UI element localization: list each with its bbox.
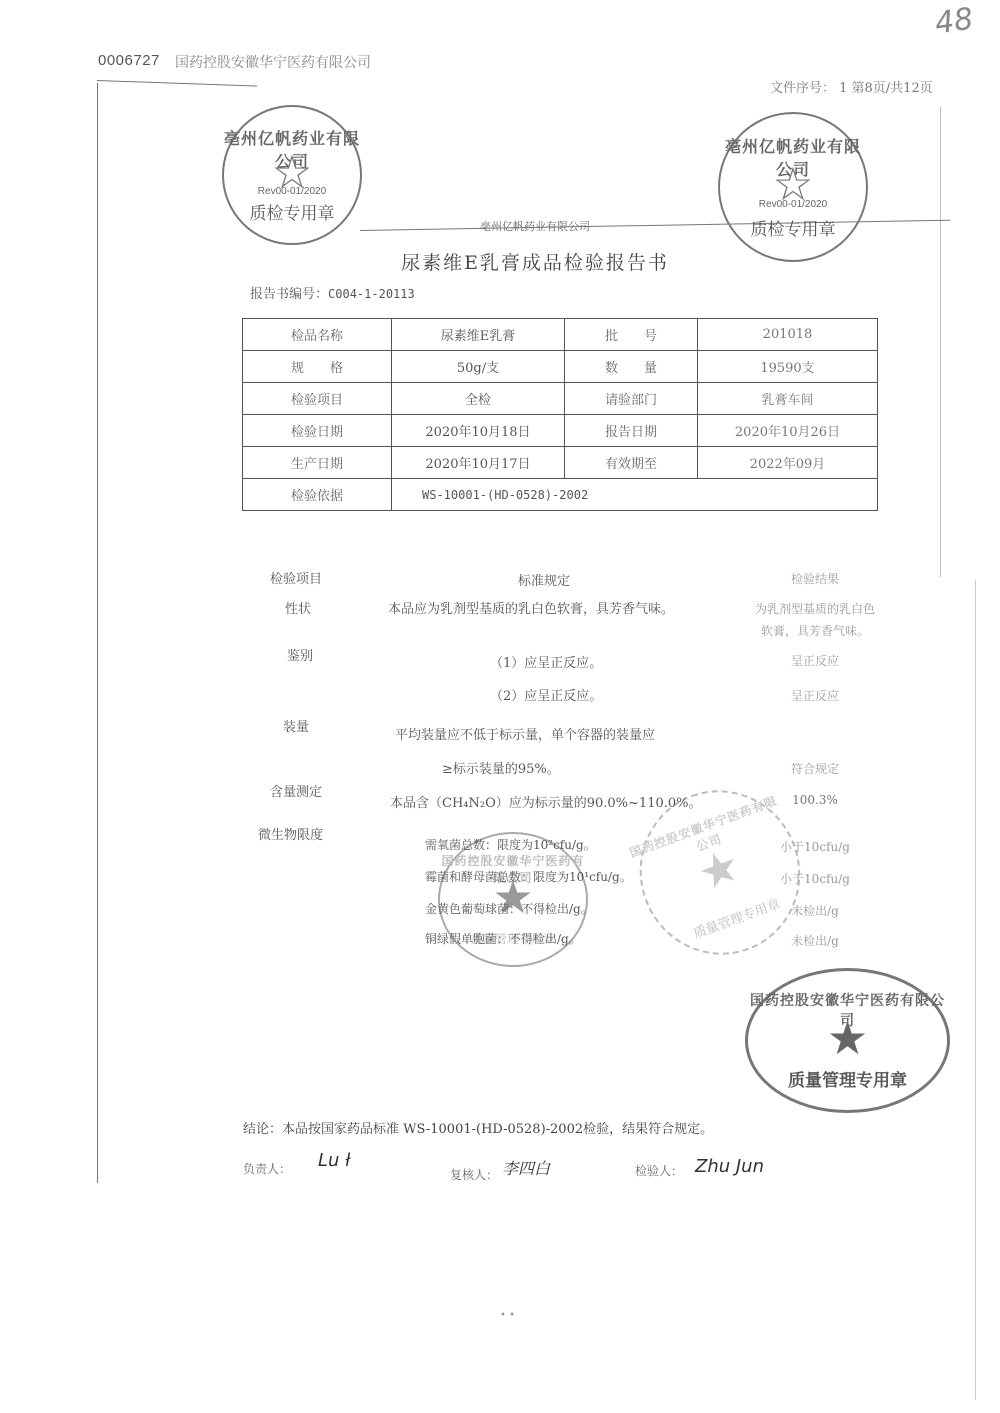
stamp-subtitle: 质量管理专用章 xyxy=(748,1066,947,1091)
item-label: 鉴别 xyxy=(287,645,313,664)
photocopy-border-top xyxy=(97,80,257,87)
report-date-label: 报告日期 xyxy=(565,415,698,447)
report-number: 报告书编号：C004-1-20113 xyxy=(250,283,415,302)
product-name-value: 尿素维E乳膏 xyxy=(392,319,565,351)
item-standard: 铜绿假单胞菌：不得检出/g。 xyxy=(425,930,581,947)
item-result: 呈正反应 xyxy=(740,687,890,704)
quantity-label: 数 量 xyxy=(565,351,698,383)
manufacturer-name: 亳州亿帆药业有限公司 xyxy=(480,218,590,234)
spec-label: 规 格 xyxy=(243,351,392,383)
table-row: 检品名称 尿素维E乳膏 批 号 201018 xyxy=(243,319,878,351)
report-title: 尿素维E乳膏成品检验报告书 xyxy=(0,248,1000,275)
item-standard: 霉菌和酵母菌总数：限度为10¹cfu/g。 xyxy=(425,868,632,885)
quantity-value: 19590支 xyxy=(698,351,878,383)
manufacture-date-value: 2020年10月17日 xyxy=(392,447,565,479)
item-result: 100.3% xyxy=(740,793,890,807)
item-result: 符合规定 xyxy=(740,760,890,777)
qc-stamp-left: 亳州亿帆药业有限公司 ☆ Rev00-01/2020 质检专用章 xyxy=(222,105,362,245)
photocopy-border-right xyxy=(940,107,941,577)
conclusion: 结论：本品按国家药品标准 WS-10001-(HD-0528)-2002检验，结… xyxy=(243,1118,713,1137)
table-row: 生产日期 2020年10月17日 有效期至 2022年09月 xyxy=(243,447,878,479)
expiry-label: 有效期至 xyxy=(565,447,698,479)
document-sequence: 文件序号： 1 第8页/共12页 xyxy=(770,77,933,96)
quality-management-stamp: 国药控股安徽华宁医药有限公司 ★ 质量管理专用章 xyxy=(745,968,950,1113)
expiry-value: 2022年09月 xyxy=(698,447,878,479)
inspector-signature: Zhu Jun xyxy=(695,1156,764,1177)
batch-label: 批 号 xyxy=(565,319,698,351)
batch-value: 201018 xyxy=(698,319,878,351)
report-number-label: 报告书编号： xyxy=(250,287,328,302)
page-edge-right xyxy=(975,580,976,1400)
item-result: 软膏，具芳香气味。 xyxy=(740,622,890,639)
table-row: 规 格 50g/支 数 量 19590支 xyxy=(243,351,878,383)
test-basis-label: 检验依据 xyxy=(243,479,392,511)
item-result: 呈正反应 xyxy=(740,652,890,669)
responsible-signature: Lu ł xyxy=(318,1150,350,1171)
product-info-table: 检品名称 尿素维E乳膏 批 号 201018 规 格 50g/支 数 量 195… xyxy=(242,318,878,511)
item-standard: 平均装量应不低于标示量，单个容器的装量应 xyxy=(395,724,655,743)
item-result: 未检出/g xyxy=(740,932,890,949)
item-standard: ≥标示装量的95%。 xyxy=(442,758,560,777)
spec-value: 50g/支 xyxy=(392,351,565,383)
item-standard: （2）应呈正反应。 xyxy=(490,685,602,704)
item-standard: 需氧菌总数：限度为10²cfu/g。 xyxy=(425,836,596,853)
item-result: 为乳剂型基质的乳白色 xyxy=(740,600,890,617)
test-date-label: 检验日期 xyxy=(243,415,392,447)
item-standard: 本品含（CH₄N₂O）应为标示量的90.0%~110.0%。 xyxy=(390,792,702,811)
qc-stamp-right: 亳州亿帆药业有限公司 ☆ Rev00-01/2020 质检专用章 xyxy=(718,112,868,262)
inspector-label: 检验人： xyxy=(635,1162,683,1179)
item-result: 小于10cfu/g xyxy=(740,870,890,887)
report-date-value: 2020年10月26日 xyxy=(698,415,878,447)
item-label: 含量测定 xyxy=(270,781,322,800)
item-result: 小于10cfu/g xyxy=(740,838,890,855)
star-icon: ★ xyxy=(827,1011,868,1065)
handwritten-page-number: 48 xyxy=(933,2,976,42)
distributor-name: 国药控股安徽华宁医药有限公司 xyxy=(175,52,371,72)
stamp-subtitle: 质检专用章 xyxy=(224,199,360,224)
test-item-value: 全检 xyxy=(392,383,565,415)
item-result: 未检出/g xyxy=(740,902,890,919)
department-value: 乳膏车间 xyxy=(698,383,878,415)
test-item-label: 检验项目 xyxy=(243,383,392,415)
item-label: 微生物限度 xyxy=(258,824,323,843)
items-header-standard: 标准规定 xyxy=(518,570,570,589)
table-row: 检验日期 2020年10月18日 报告日期 2020年10月26日 xyxy=(243,415,878,447)
item-standard: （1）应呈正反应。 xyxy=(490,652,602,671)
star-icon: ★ xyxy=(690,837,747,902)
item-label: 装量 xyxy=(283,716,309,735)
items-header-result: 检验结果 xyxy=(740,570,890,587)
test-date-value: 2020年10月18日 xyxy=(392,415,565,447)
scan-speck: • • xyxy=(500,1310,515,1321)
item-label: 性状 xyxy=(285,598,311,617)
stamp-subtitle: 质检专用章 xyxy=(720,215,866,240)
table-row: 检验依据 WS-10001-(HD-0528)-2002 xyxy=(243,479,878,511)
reviewer-signature: 李四白 xyxy=(502,1156,550,1179)
report-number-value: C004-1-20113 xyxy=(328,287,415,301)
item-standard: 本品应为乳剂型基质的乳白色软膏，具芳香气味。 xyxy=(388,598,674,617)
reviewer-label: 复核人： xyxy=(450,1166,498,1183)
product-name-label: 检品名称 xyxy=(243,319,392,351)
department-label: 请验部门 xyxy=(565,383,698,415)
stamp-code: Rev00-01/2020 xyxy=(720,199,866,210)
document-id: 0006727 xyxy=(98,52,160,69)
items-header-item: 检验项目 xyxy=(270,568,322,587)
manufacture-date-label: 生产日期 xyxy=(243,447,392,479)
stamp-code: Rev00-01/2020 xyxy=(224,186,360,197)
item-standard: 金黄色葡萄球菌：不得检出/g。 xyxy=(425,900,593,917)
table-row: 检验项目 全检 请验部门 乳膏车间 xyxy=(243,383,878,415)
responsible-label: 负责人： xyxy=(243,1160,291,1177)
test-basis-value: WS-10001-(HD-0528)-2002 xyxy=(392,479,878,511)
